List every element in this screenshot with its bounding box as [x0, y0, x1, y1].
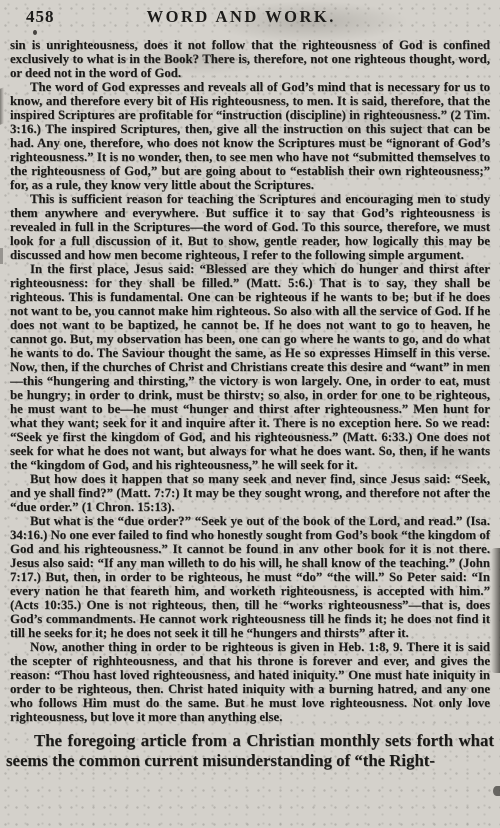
page-number: 458	[26, 7, 55, 27]
paragraph: In the first place, Jesus said: “Blessed…	[10, 262, 490, 472]
paragraph: This is sufficient reason for teaching t…	[10, 192, 490, 262]
scan-content: 458 WORD AND WORK. sin is unrighteousnes…	[0, 0, 500, 770]
paragraph: The word of God expresses and reveals al…	[10, 80, 490, 192]
paragraph: But what is the “due order?” “Seek ye ou…	[10, 514, 490, 640]
paragraph: Now, another thing in order to be righte…	[10, 640, 490, 724]
closing-paragraph: The foregoing article from a Christian m…	[6, 731, 494, 770]
article-body: sin is unrighteousness, does it not foll…	[0, 33, 500, 724]
running-header: 458 WORD AND WORK.	[0, 0, 500, 33]
page-title: WORD AND WORK.	[55, 7, 429, 27]
paragraph: But how does it happen that so many seek…	[10, 472, 490, 514]
scan-mark-bottom-right	[493, 786, 500, 796]
scanned-page: 458 WORD AND WORK. sin is unrighteousnes…	[0, 0, 500, 828]
paragraph: sin is unrighteousness, does it not foll…	[10, 38, 490, 80]
